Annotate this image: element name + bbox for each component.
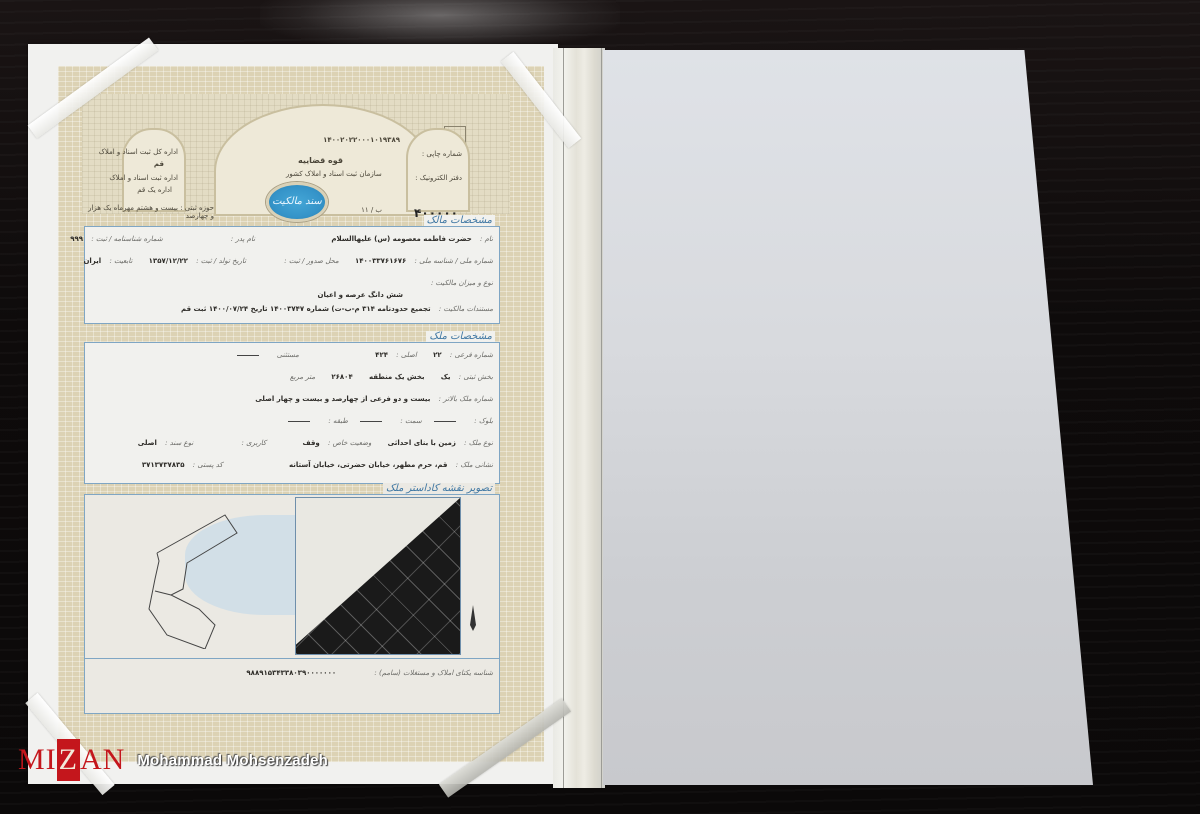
- property-type: زمین با بنای احداثی: [388, 439, 456, 447]
- owner-row-name: نام : حضرت فاطمه معصومه (س) علیهاالسلام …: [91, 235, 493, 243]
- mizan-logo: MIZAN: [18, 743, 125, 777]
- label: وضعیت خاص :: [328, 439, 371, 447]
- label: شماره شناسنامه / ثبت :: [91, 235, 162, 243]
- left-arch-panel: اداره کل ثبت اسناد و املاک قم اداره ثبت …: [122, 128, 186, 212]
- national-id: ۱۴۰۰۳۳۷۶۱۶۷۶: [355, 257, 406, 265]
- folder-spine: [553, 48, 605, 788]
- property-row-type: نوع ملک : زمین با بنای احداثی وضعیت خاص …: [91, 439, 493, 447]
- price-series: ب / ۱۱: [361, 206, 382, 214]
- owner-row-national-id: شماره ملی / شناسه ملی : ۱۴۰۰۳۳۷۶۱۶۷۶ محل…: [91, 257, 493, 265]
- property-row-parent: شماره ملک بالاتر : بیست و دو فرعی از چها…: [91, 395, 493, 403]
- label: مستثنی: [277, 351, 299, 359]
- owner-section-title: مشخصات مالک: [424, 215, 495, 226]
- label: شماره فرعی :: [450, 351, 493, 359]
- property-row-plot: شماره فرعی : ۲۲ اصلی : ۴۲۴ مستثنی: [91, 351, 493, 359]
- label: اصلی :: [396, 351, 417, 359]
- area-unit: متر مربع: [290, 373, 315, 381]
- ownership-documents: تجمیع حدودنامه ۳۱۴ م-ب-ت) شماره ۱۴۰۰۳۷۴۷…: [181, 305, 431, 313]
- owner-row-share-value: شش دانگ عرصه و اعیان: [91, 291, 493, 299]
- registry-district: یک: [441, 373, 451, 381]
- label: شماره ملی / شناسه ملی :: [415, 257, 493, 265]
- north-arrow-icon: [469, 605, 477, 631]
- label: شناسه یکتای املاک و مستغلات (سامم) :: [374, 669, 493, 677]
- label: بخش ثبتی :: [459, 373, 493, 381]
- map-section-title: تصویر نقشه کاداستر ملک: [383, 483, 495, 494]
- light-glare: [260, 0, 620, 50]
- property-address: قم، حرم مطهر، خیابان حضرتی، خیابان آستان…: [289, 461, 448, 469]
- property-row-district: بخش ثبتی : یک بخش یک منطقه ۲۶۸۰۴ متر مرب…: [91, 373, 493, 381]
- label: نام پدر :: [231, 235, 255, 243]
- label: کد پستی :: [193, 461, 223, 469]
- folder-right-page: [603, 50, 1093, 785]
- issuer-header: قوه قضاییه: [298, 156, 343, 165]
- owner-row-share: نوع و میزان مالکیت :: [91, 279, 493, 287]
- brand-text: MIZAN: [18, 743, 125, 776]
- empty-dash: [237, 355, 259, 356]
- label: کاربری :: [242, 439, 267, 447]
- label: نشانی ملک :: [456, 461, 493, 469]
- postal-code: ۳۷۱۳۷۳۷۸۳۵: [142, 461, 185, 469]
- owner-row-documents: مستندات مالکیت : تجمیع حدودنامه ۳۱۴ م-ب-…: [91, 305, 493, 313]
- left-note: حوزه ثبتی : بیست و هشتم مهرماه یک هزار و…: [84, 204, 214, 220]
- id-number: ۹۹۹: [70, 235, 83, 243]
- label: تاریخ تولد / ثبت :: [196, 257, 246, 265]
- deed-type: اصلی: [138, 439, 157, 447]
- label: نوع سند :: [165, 439, 193, 447]
- unique-id-row: شناسه یکتای املاک و مستغلات (سامم) : ۹۸۸…: [91, 669, 493, 677]
- unique-id-section: شناسه یکتای املاک و مستغلات (سامم) : ۹۸۸…: [84, 658, 500, 714]
- nationality: ایران: [83, 257, 101, 265]
- sub-plot-number: ۲۲: [433, 351, 442, 359]
- empty-dash: [360, 421, 382, 422]
- main-plot-number: ۴۲۴: [375, 351, 388, 359]
- left-panel-line-1: اداره کل ثبت اسناد و املاک: [99, 148, 178, 156]
- left-panel-line-3: اداره ثبت اسناد و املاک: [109, 174, 178, 182]
- ownership-share: شش دانگ عرصه و اعیان: [318, 291, 403, 299]
- birth-date: ۱۳۵۷/۱۲/۲۲: [149, 257, 188, 265]
- register-label: دفتر الکترونیک :: [415, 174, 462, 182]
- photographer-credit: Mohammad Mohsenzadeh: [137, 752, 328, 769]
- parcel-outline-map: [145, 509, 255, 649]
- serial-number: ۱۴۰۰۲۰۲۲۰۰۰۱۰۱۹۳۸۹: [323, 136, 400, 144]
- label: نوع ملک :: [464, 439, 493, 447]
- label: نوع و میزان مالکیت :: [431, 279, 493, 287]
- right-arch-panel: شماره چاپی : دفتر الکترونیک :: [406, 128, 470, 212]
- label: طبقه :: [328, 417, 348, 425]
- empty-dash: [434, 421, 456, 422]
- unique-property-id: ۹۸۸۹۱۵۳۴۳۳۸۰۳۹۰۰۰۰۰۰۰: [246, 669, 336, 677]
- watermark: MIZAN Mohammad Mohsenzadeh: [18, 740, 328, 780]
- label: بلوک :: [474, 417, 493, 425]
- special-status: وقف: [302, 439, 319, 447]
- empty-dash: [288, 421, 310, 422]
- label: نام :: [480, 235, 493, 243]
- deed-seal-badge: سند مالکیت: [266, 182, 328, 222]
- issuer-sub: سازمان ثبت اسناد و املاک کشور: [286, 170, 382, 178]
- label: شماره ملک بالاتر :: [439, 395, 493, 403]
- district-name: بخش یک منطقه: [369, 373, 425, 381]
- label: تابعیت :: [109, 257, 132, 265]
- property-section: مشخصات ملک شماره فرعی : ۲۲ اصلی : ۴۲۴ مس…: [84, 342, 500, 484]
- serial-label: شماره چاپی :: [422, 150, 462, 158]
- property-row-address: نشانی ملک : قم، حرم مطهر، خیابان حضرتی، …: [91, 461, 493, 469]
- label: مستندات مالکیت :: [439, 305, 493, 313]
- cadastral-map-section: تصویر نقشه کاداستر ملک: [84, 494, 500, 660]
- left-panel-line-4: اداره یک قم: [137, 186, 172, 194]
- left-panel-line-2: قم: [154, 160, 164, 168]
- title-deed-certificate: اداره کل ثبت اسناد و املاک قم اداره ثبت …: [58, 66, 544, 762]
- label: محل صدور / ثبت :: [284, 257, 339, 265]
- owner-name: حضرت فاطمه معصومه (س) علیهاالسلام: [331, 235, 471, 243]
- property-row-block: بلوک : سمت : طبقه :: [91, 417, 493, 425]
- parent-plot: بیست و دو فرعی از چهارصد و بیست و چهار ا…: [255, 395, 430, 403]
- area-value: ۲۶۸۰۴: [331, 373, 352, 381]
- owner-section: مشخصات مالک نام : حضرت فاطمه معصومه (س) …: [84, 226, 500, 324]
- aerial-satellite-image: [296, 498, 460, 654]
- aerial-image-frame: [295, 497, 461, 655]
- seal-text: سند مالکیت: [269, 185, 325, 219]
- label: سمت :: [400, 417, 421, 425]
- property-section-title: مشخصات ملک: [426, 331, 495, 342]
